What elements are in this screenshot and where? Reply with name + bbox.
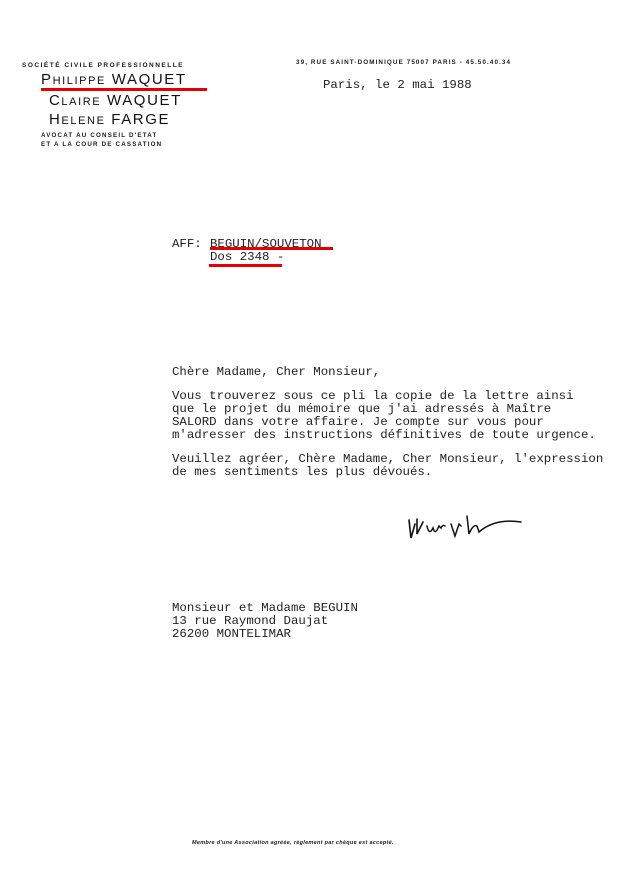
partner-name-1: Philippe WAQUET [41, 71, 187, 88]
body-line: m'adresser des instructions définitives … [172, 429, 596, 442]
firm-title-line-2: ET A LA COUR DE CASSATION [41, 141, 162, 148]
footer-note: Membre d'une Association agréée, règleme… [192, 840, 394, 846]
red-underline-annotation [209, 264, 282, 267]
date-line: Paris, le 2 mai 1988 [323, 79, 472, 92]
red-underline-annotation [41, 88, 207, 91]
signature-icon [405, 510, 525, 544]
partner-name-3: Helene FARGE [49, 111, 170, 128]
recipient-city: 26200 MONTELIMAR [172, 628, 291, 641]
partner-name-2: Claire WAQUET [49, 92, 182, 109]
closing-line: de mes sentiments les plus dévoués. [172, 466, 432, 479]
firm-type: SOCIÉTÉ CIVILE PROFESSIONNELLE [22, 62, 184, 69]
firm-address: 39, RUE SAINT-DOMINIQUE 75007 PARIS - 45… [296, 59, 511, 66]
reference-label: AFF: [172, 238, 202, 251]
firm-title-line-1: AVOCAT AU CONSEIL D'ETAT [41, 132, 157, 139]
reference-dossier: Dos 2348 - [210, 251, 284, 264]
salutation: Chère Madame, Cher Monsieur, [172, 366, 380, 379]
